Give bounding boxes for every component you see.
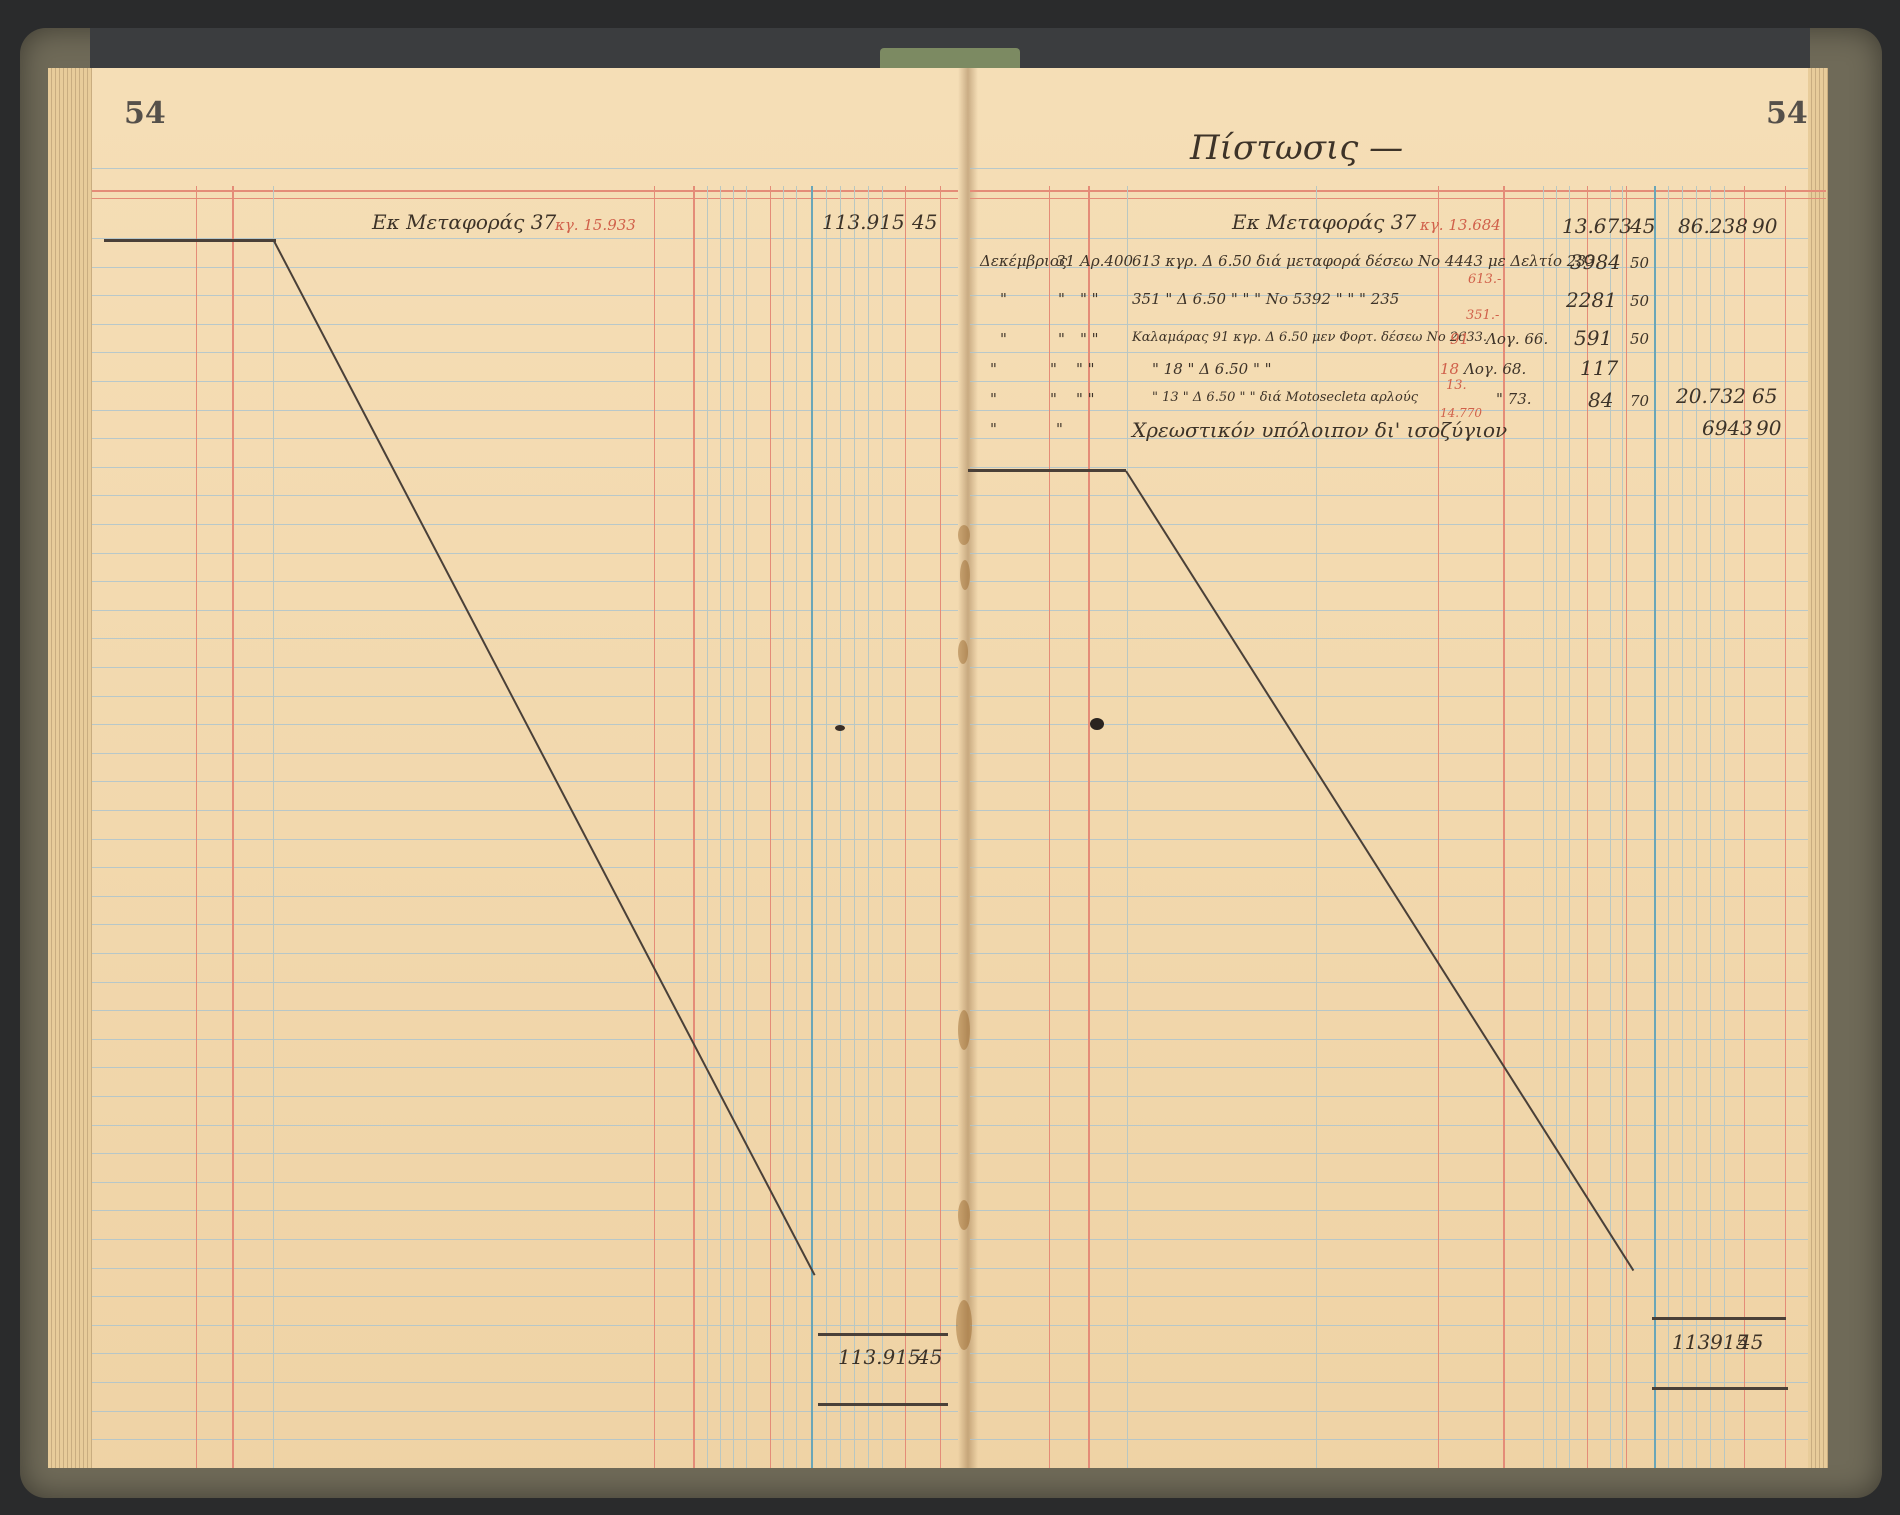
entry-description: " 18 " Δ 6.50 " " xyxy=(1152,360,1272,378)
entry-balance: 20.732 xyxy=(1676,384,1746,408)
column-line xyxy=(720,186,721,1468)
total-rule-top xyxy=(818,1333,948,1336)
entry-amount: 2281 xyxy=(1566,288,1617,312)
entry-cents: 45 xyxy=(912,210,937,234)
column-line xyxy=(693,186,695,1468)
entry-day: " xyxy=(1058,330,1065,348)
ink-blot xyxy=(835,725,845,731)
total-rule-bottom xyxy=(1652,1387,1788,1390)
left-page xyxy=(48,68,968,1468)
page-edges-right xyxy=(1808,68,1828,1468)
ruled-line xyxy=(92,381,958,382)
entry-red-note: 18 xyxy=(1440,360,1459,378)
right-total-amount: 113915 xyxy=(1672,1330,1748,1354)
carried-forward-balance: 86.238 xyxy=(1678,214,1748,238)
entry-cents: 50 xyxy=(1630,254,1649,272)
entry-balance-cents: 65 xyxy=(1752,384,1777,408)
ruled-line xyxy=(92,781,958,782)
ruled-line xyxy=(92,924,958,925)
column-line xyxy=(1682,186,1683,1468)
column-line xyxy=(940,186,941,1468)
column-line xyxy=(1556,186,1557,1468)
entry-day: " xyxy=(1050,390,1057,408)
column-line xyxy=(840,186,841,1468)
left-total-cents: 45 xyxy=(917,1345,942,1369)
entry-ledger-ref: " 73. xyxy=(1496,390,1532,408)
entry-month: " xyxy=(1000,330,1007,348)
paper-stain xyxy=(956,1300,972,1350)
ruled-line xyxy=(92,295,958,296)
ruled-line xyxy=(92,667,958,668)
entry-amount: 117 xyxy=(1580,356,1618,380)
ruled-line xyxy=(92,438,958,439)
ruled-line xyxy=(92,1268,958,1269)
entry-cents: 70 xyxy=(1630,392,1649,410)
ruled-line xyxy=(92,410,958,411)
entry-cents: 50 xyxy=(1630,330,1649,348)
column-line xyxy=(1668,186,1669,1468)
column-line xyxy=(1569,186,1570,1468)
ruled-line xyxy=(970,168,1808,169)
entry-ref: " " xyxy=(1080,330,1099,348)
right-page xyxy=(968,68,1828,1468)
ruled-line xyxy=(92,1239,958,1240)
column-line xyxy=(1785,186,1786,1468)
page-edges-left xyxy=(48,68,92,1468)
ruled-line xyxy=(92,581,958,582)
entry-amount: 3984 xyxy=(1570,250,1621,274)
column-line xyxy=(1626,186,1627,1468)
ruled-line xyxy=(92,168,958,169)
ruled-line xyxy=(92,896,958,897)
column-line xyxy=(882,186,883,1468)
entry-balance-cents: 90 xyxy=(1756,416,1781,440)
ruled-line xyxy=(92,696,958,697)
ruled-line xyxy=(92,1325,958,1326)
entry-description: Εκ Μεταφοράς 37 xyxy=(372,210,556,234)
entry-day: 31 xyxy=(1056,252,1075,270)
column-line xyxy=(905,186,906,1468)
page-heading: Πίστωσις — xyxy=(1190,128,1403,168)
column-line xyxy=(1696,186,1697,1468)
book-gutter xyxy=(958,68,978,1468)
ruled-line xyxy=(92,839,958,840)
cancel-stroke-horizontal xyxy=(104,239,276,242)
entry-month: Δεκέμβριος xyxy=(980,252,1067,270)
page-number-right: 54 xyxy=(1766,96,1808,131)
ruled-line xyxy=(92,810,958,811)
ruled-line xyxy=(92,1353,958,1354)
ruled-line xyxy=(92,1411,958,1412)
column-line xyxy=(1710,186,1711,1468)
entry-description: Χρεωστικόν υπόλοιπον δι' ισοζύγιον xyxy=(1132,418,1507,442)
ruled-line xyxy=(92,553,958,554)
column-line xyxy=(1088,186,1090,1468)
entry-red-note: 13. xyxy=(1446,378,1467,393)
ruled-line xyxy=(92,982,958,983)
column-line xyxy=(654,186,655,1468)
ruled-line xyxy=(92,638,958,639)
ruled-line xyxy=(92,1439,958,1440)
ruled-line xyxy=(92,1039,958,1040)
entry-month: " xyxy=(990,360,997,378)
page-number-left: 54 xyxy=(124,96,166,131)
entry-ledger-ref: Λογ. 66. xyxy=(1486,330,1548,348)
ruled-line xyxy=(92,953,958,954)
entry-amount: 591 xyxy=(1574,326,1612,350)
ruled-line xyxy=(92,1067,958,1068)
ruled-line xyxy=(92,1210,958,1211)
column-line xyxy=(826,186,827,1468)
header-rule-right-2 xyxy=(970,198,1826,199)
entry-day: " xyxy=(1050,360,1057,378)
column-line xyxy=(868,186,869,1468)
column-line xyxy=(811,186,813,1468)
entry-cents: 50 xyxy=(1630,292,1649,310)
entry-amount: 84 xyxy=(1588,388,1613,412)
ruled-line xyxy=(92,352,958,353)
column-line xyxy=(1503,186,1505,1468)
entry-balance: 6943 xyxy=(1702,416,1753,440)
column-line xyxy=(707,186,708,1468)
entry-day: " xyxy=(1058,290,1065,308)
entry-description: " 13 " Δ 6.50 " " διά Motosecleta αρλούς xyxy=(1152,390,1418,405)
column-line xyxy=(783,186,784,1468)
column-line xyxy=(1654,186,1656,1468)
column-line xyxy=(232,186,234,1468)
ruled-line xyxy=(92,495,958,496)
paper-stain xyxy=(958,1010,970,1050)
entry-red-note: 91 xyxy=(1450,330,1469,348)
header-rule-right xyxy=(970,190,1826,192)
ruled-line xyxy=(92,1382,958,1383)
entry-red-note: 351.- xyxy=(1466,308,1499,323)
entry-description: 613 κγρ. Δ 6.50 διά μεταφορά δέσεω Νο 44… xyxy=(1132,252,1600,270)
column-line xyxy=(1724,186,1725,1468)
ruled-line xyxy=(92,1125,958,1126)
entry-ref: Αρ.400 xyxy=(1080,252,1133,270)
ruled-line xyxy=(92,753,958,754)
entry-ref: " " xyxy=(1076,360,1095,378)
column-line xyxy=(1744,186,1745,1468)
entry-description: Καλαμάρας 91 κγρ. Δ 6.50 μεν Φορτ. δέσεω… xyxy=(1132,330,1487,345)
carried-forward-balance-cents: 90 xyxy=(1752,214,1777,238)
entry-ref: " " xyxy=(1080,290,1099,308)
entry-red-note: 613.- xyxy=(1468,272,1501,287)
entry-day: " xyxy=(1056,420,1063,438)
column-line xyxy=(1438,186,1439,1468)
ruled-line xyxy=(92,1296,958,1297)
carried-forward-cents: 45 xyxy=(1630,214,1655,238)
column-line xyxy=(273,186,274,1468)
column-line xyxy=(1049,186,1050,1468)
ruled-line xyxy=(92,267,958,268)
entry-red-note: κγ. 15.933 xyxy=(555,216,636,234)
entry-month: " xyxy=(990,420,997,438)
header-rule-left-2 xyxy=(92,198,958,199)
total-rule-bottom xyxy=(818,1403,948,1406)
paper-stain xyxy=(958,525,970,545)
column-line xyxy=(733,186,734,1468)
ink-blot xyxy=(1090,718,1104,730)
column-line xyxy=(196,186,197,1468)
paper-stain xyxy=(958,1200,970,1230)
column-line xyxy=(1622,186,1623,1468)
ruled-line xyxy=(92,867,958,868)
ruled-line xyxy=(92,1096,958,1097)
entry-amount: 113.915 xyxy=(822,210,905,234)
header-rule-left xyxy=(92,190,958,192)
carried-forward-amount: 13.673 xyxy=(1562,214,1632,238)
total-rule-top xyxy=(1652,1317,1786,1320)
column-line xyxy=(854,186,855,1468)
entry-description: 351 " Δ 6.50 " " " Νο 5392 " " " 235 xyxy=(1132,290,1399,308)
column-line xyxy=(1316,186,1317,1468)
entry-month: " xyxy=(1000,290,1007,308)
column-line xyxy=(796,186,797,1468)
ruled-line xyxy=(92,610,958,611)
paper-stain xyxy=(960,560,970,590)
entry-month: " xyxy=(990,390,997,408)
column-line xyxy=(1127,186,1128,1468)
paper-stain xyxy=(958,640,968,664)
column-line xyxy=(1543,186,1544,1468)
left-total-amount: 113.915 xyxy=(838,1345,921,1369)
carried-forward-red-note: κγ. 13.684 xyxy=(1420,216,1501,234)
ruled-line xyxy=(92,1010,958,1011)
right-total-cents: 45 xyxy=(1738,1330,1763,1354)
ruled-line xyxy=(92,1182,958,1183)
ruled-line xyxy=(92,467,958,468)
cancel-stroke-horizontal xyxy=(968,469,1126,472)
entry-ledger-ref: Λογ. 68. xyxy=(1464,360,1526,378)
ruled-line xyxy=(92,324,958,325)
carried-forward-description: Εκ Μεταφοράς 37 xyxy=(1232,210,1416,234)
ruled-line xyxy=(92,524,958,525)
column-line xyxy=(746,186,747,1468)
entry-ref: " " xyxy=(1076,390,1095,408)
ruled-line xyxy=(92,1153,958,1154)
column-line xyxy=(770,186,771,1468)
